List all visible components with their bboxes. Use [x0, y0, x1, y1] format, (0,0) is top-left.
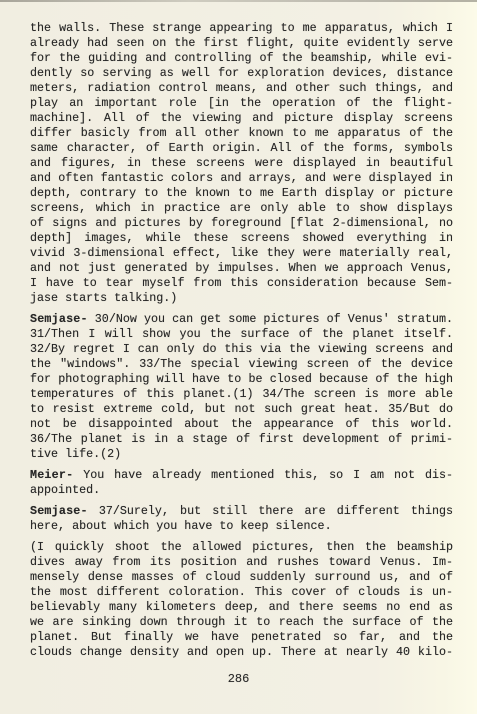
paragraph-meier-speech-1: Meier- You have already mentioned this, …	[30, 468, 453, 498]
text-line: I have to tear myself from this consider…	[30, 276, 453, 291]
text-line: temperatures of this planet.(1) 34/The s…	[30, 387, 453, 402]
text-line: dently so serving as well for exploratio…	[30, 66, 453, 81]
text-line: the "windows". 33/The special viewing sc…	[30, 357, 453, 372]
text-line: differ basicly from all other known to m…	[30, 126, 453, 141]
text-line: already had seen on the first flight, qu…	[30, 36, 453, 51]
text-line: 32/By regret I can only do this via the …	[30, 342, 453, 357]
text-line: same character, of Earth origin. All of …	[30, 141, 453, 156]
page-number: 286	[0, 672, 477, 687]
text-line: (I quickly shoot the allowed pictures, t…	[30, 540, 453, 555]
text-line: and often fantastic colors and arrays, a…	[30, 171, 453, 186]
speaker-label: Semjase-	[30, 504, 88, 518]
text-line: the walls. These strange appearing to me…	[30, 21, 453, 36]
text-line: 36/The planet is in a stage of first dev…	[30, 432, 453, 447]
text-line: depth, contrary to the known to me Earth…	[30, 186, 453, 201]
text-column: the walls. These strange appearing to me…	[0, 0, 477, 660]
text-line: and figures, in these screens were displ…	[30, 156, 453, 171]
paragraph-semjase-speech-1: Semjase- 30/Now you can get some picture…	[30, 312, 453, 462]
speaker-label: Meier-	[30, 468, 73, 482]
text-line: of signs and pictures by foreground [fla…	[30, 216, 453, 231]
text-line: vivid 3-dimensional effect, like they we…	[30, 246, 453, 261]
text-line: appointed.	[30, 483, 453, 498]
text-line: 31/Then I will show you the surface of t…	[30, 327, 453, 342]
text-line: planet. But finally we have penetrated s…	[30, 630, 453, 645]
text-line: believably many kilometers deep, and the…	[30, 600, 453, 615]
text-line: machine]. All of the viewing and picture…	[30, 111, 453, 126]
text-line: depth] images, while these screens showe…	[30, 231, 453, 246]
text-line: tive life.(2)	[30, 447, 453, 462]
text-line: dives away from its position and rushes …	[30, 555, 453, 570]
text-line: not be disappointed about the appearance…	[30, 417, 453, 432]
text-line: the most different coloration. This cove…	[30, 585, 453, 600]
text-line: Semjase- 37/Surely, but still there are …	[30, 504, 453, 519]
text-line: Meier- You have already mentioned this, …	[30, 468, 453, 483]
text-line: here, about which you have to keep silen…	[30, 519, 453, 534]
paragraph-semjase-speech-2: Semjase- 37/Surely, but still there are …	[30, 504, 453, 534]
text-line: for photographing will have to be closed…	[30, 372, 453, 387]
text-line: Semjase- 30/Now you can get some picture…	[30, 312, 453, 327]
text-line: for the guiding and controlling of the b…	[30, 51, 453, 66]
text-line: mensely dense masses of cloud suddenly s…	[30, 570, 453, 585]
speaker-label: Semjase-	[30, 312, 88, 326]
text-line: play an important role [in the operation…	[30, 96, 453, 111]
text-line: clouds change density and open up. There…	[30, 645, 453, 660]
text-line: meters, radiation control means, and oth…	[30, 81, 453, 96]
paragraph-narration-2: (I quickly shoot the allowed pictures, t…	[30, 540, 453, 660]
paragraph-narration-1: the walls. These strange appearing to me…	[30, 21, 453, 306]
text-line: screens, which in practice are only able…	[30, 201, 453, 216]
text-line: jase starts talking.)	[30, 291, 453, 306]
scan-top-edge	[0, 0, 477, 2]
text-line: to resist extreme cold, but not such gre…	[30, 402, 453, 417]
text-line: and not just generated by impulses. When…	[30, 261, 453, 276]
text-line: we are sinking down through it to reach …	[30, 615, 453, 630]
